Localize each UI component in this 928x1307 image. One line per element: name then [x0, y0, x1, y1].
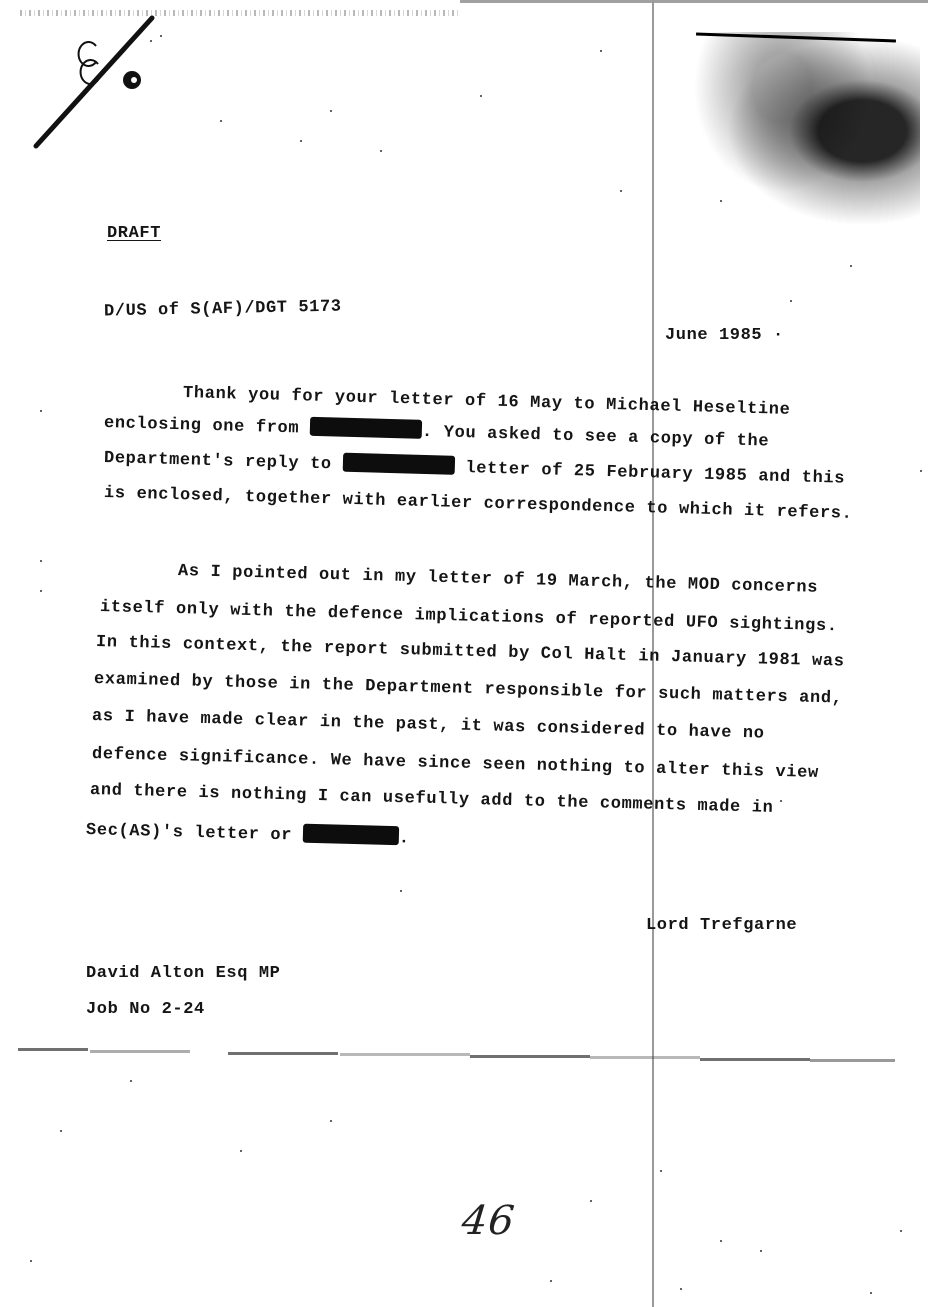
text-line: and there is nothing I can usefully add …	[90, 781, 774, 818]
text-line: Thank you for your letter of 16 May to M…	[183, 384, 791, 420]
scan-speck	[60, 1130, 62, 1132]
scan-speck	[900, 1230, 902, 1232]
text-line: Department's reply to letter of 25 Febru…	[104, 446, 846, 489]
text-segment: enclosing one from	[104, 414, 311, 439]
text-line: enclosing one from . You asked to see a …	[104, 411, 770, 452]
scan-speck	[850, 265, 852, 267]
scan-speck	[380, 150, 382, 152]
scan-speck	[590, 1200, 592, 1202]
text-segment: defence significance. We have since seen…	[92, 745, 819, 783]
text-segment: and there is nothing I can usefully add …	[90, 781, 774, 818]
text-segment: Department's reply to	[104, 449, 343, 475]
scan-speck	[240, 1150, 242, 1152]
text-segment: Thank you for your letter of 16 May to M…	[183, 384, 791, 420]
redaction-block	[310, 417, 422, 439]
scan-speck	[400, 890, 402, 892]
scan-streak	[0, 1048, 895, 1062]
scan-speck	[760, 1250, 762, 1252]
scan-speck	[480, 95, 482, 97]
redaction-block	[342, 453, 454, 475]
draft-heading: DRAFT	[107, 224, 161, 243]
text-line: Sec(AS)'s letter or .	[86, 818, 410, 848]
scan-speck	[720, 1240, 722, 1242]
scan-speck	[160, 35, 162, 37]
scan-speck	[30, 1260, 32, 1262]
scan-speck	[720, 200, 722, 202]
scan-speck	[40, 560, 42, 562]
scan-speck	[40, 590, 42, 592]
text-segment: .	[399, 829, 410, 848]
slash-mark-icon	[14, 6, 164, 156]
text-line: as I have made clear in the past, it was…	[92, 707, 765, 744]
text-segment: In this context, the report submitted by…	[96, 633, 845, 672]
text-line: defence significance. We have since seen…	[92, 745, 819, 783]
scan-speck	[40, 410, 42, 412]
signatory: Lord Trefgarne	[646, 916, 797, 935]
scan-edge-line	[460, 0, 928, 3]
text-segment: letter of 25 February 1985 and this	[454, 459, 845, 489]
text-segment: . You asked to see a copy of the	[422, 423, 770, 452]
scan-speck	[220, 120, 222, 122]
text-line: In this context, the report submitted by…	[96, 633, 845, 672]
text-segment: As I pointed out in my letter of 19 Marc…	[178, 562, 819, 598]
scan-speck	[870, 1292, 872, 1294]
text-line: itself only with the defence implication…	[100, 598, 838, 636]
scan-speck	[550, 1280, 552, 1282]
text-line: examined by those in the Department resp…	[94, 670, 843, 709]
text-line: is enclosed, together with earlier corre…	[104, 484, 853, 524]
scan-speck	[920, 470, 922, 472]
text-segment: itself only with the defence implication…	[100, 598, 838, 636]
document-page: DRAFT D/US of S(AF)/DGT 5173 June 1985 ·…	[0, 0, 928, 1307]
text-segment: examined by those in the Department resp…	[94, 670, 843, 709]
reference-number: D/US of S(AF)/DGT 5173	[104, 298, 342, 322]
text-segment: Sec(AS)'s letter or	[86, 821, 303, 846]
text-line: As I pointed out in my letter of 19 Marc…	[178, 562, 819, 598]
scan-speck	[330, 110, 332, 112]
job-number: Job No 2-24	[86, 1000, 205, 1019]
text-segment: is enclosed, together with earlier corre…	[104, 484, 853, 524]
scan-speck	[300, 140, 302, 142]
scan-speck	[790, 300, 792, 302]
redaction-block	[303, 824, 399, 846]
addressee: David Alton Esq MP	[86, 964, 280, 983]
scan-speck	[600, 50, 602, 52]
scan-speck	[330, 1120, 332, 1122]
date-mark: ·	[773, 326, 784, 345]
scan-speck	[660, 1170, 662, 1172]
date-text: June 1985	[665, 326, 762, 345]
letter-date: June 1985 ·	[665, 326, 784, 345]
scan-speck	[680, 1288, 682, 1290]
scan-speck	[130, 1080, 132, 1082]
scan-speck	[150, 40, 152, 42]
handwritten-page-number: 46	[460, 1198, 518, 1244]
text-segment: as I have made clear in the past, it was…	[92, 707, 765, 744]
scan-smudge	[690, 32, 920, 252]
scan-speck	[620, 190, 622, 192]
scan-speck	[780, 800, 782, 802]
